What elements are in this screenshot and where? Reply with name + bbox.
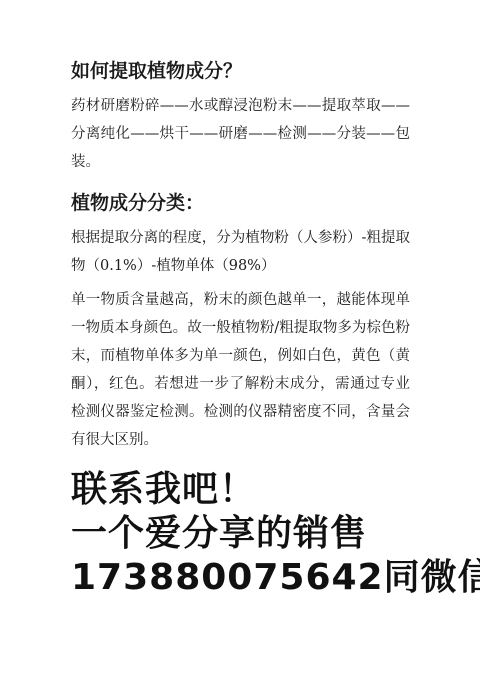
document-content: 如何提取植物成分？ 药材研磨粉碎——水或醇浸泡粉末——提取萃取——分离纯化——烘… <box>0 0 480 600</box>
paragraph-color-purity-note: 单一物质含量越高，粉末的颜色越单一，越能体现单一物质本身颜色。故一般植物粉/粗提… <box>71 286 410 454</box>
paragraph-extraction-process: 药材研磨粉碎——水或醇浸泡粉末——提取萃取——分离纯化——烘干——研磨——检测—… <box>71 92 410 176</box>
contact-line-sales-intro: 一个爱分享的销售 <box>71 512 410 556</box>
contact-line-phone-wechat: 173880075642同微信 <box>71 556 410 600</box>
document-page: 如何提取植物成分？ 药材研磨粉碎——水或醇浸泡粉末——提取萃取——分离纯化——烘… <box>0 0 480 678</box>
contact-line-call-me: 联系我吧！ <box>71 468 410 512</box>
heading-classification: 植物成分分类： <box>71 190 410 216</box>
paragraph-classification-levels: 根据提取分离的程度，分为植物粉（人参粉）-粗提取物（0.1%）-植物单体（98%… <box>71 224 410 280</box>
contact-callout: 联系我吧！ 一个爱分享的销售 173880075642同微信 <box>71 468 410 600</box>
heading-how-to-extract: 如何提取植物成分？ <box>71 58 410 84</box>
